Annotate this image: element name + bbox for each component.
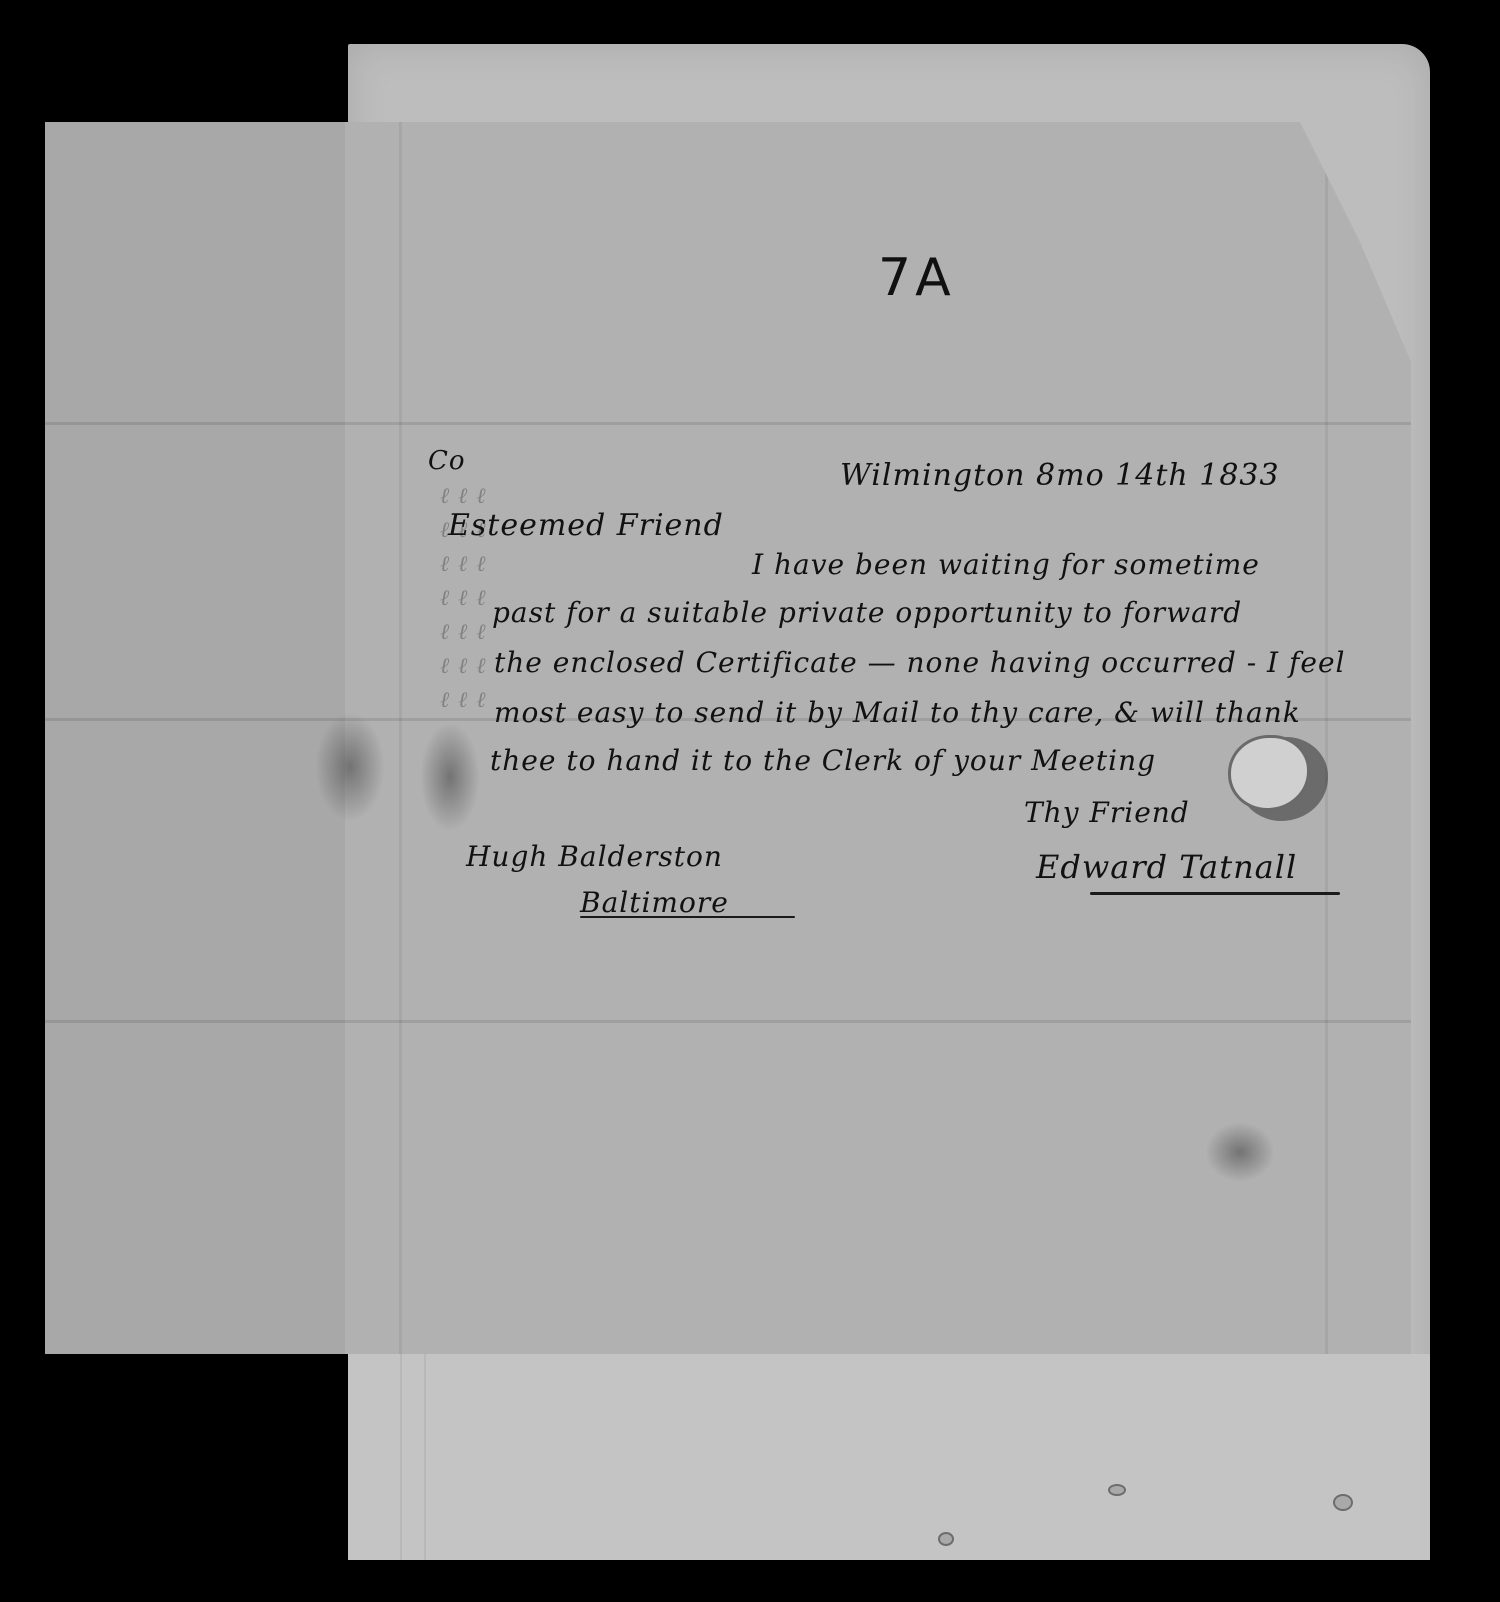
fold-line-vertical — [1325, 122, 1328, 1354]
paper-spot — [1108, 1484, 1126, 1496]
addressee-underline — [580, 916, 795, 918]
salutation: Esteemed Friend — [448, 508, 724, 543]
body-line: thee to hand it to the Clerk of your Mee… — [490, 744, 1156, 777]
addressee-place: Baltimore — [580, 886, 729, 919]
body-line: I have been waiting for sometime — [752, 548, 1260, 581]
body-line: past for a suitable private opportunity … — [492, 596, 1242, 629]
body-line: the enclosed Certificate — none having o… — [494, 646, 1345, 679]
signature-flourish — [1090, 892, 1340, 895]
fold-line-horizontal — [45, 1020, 1411, 1023]
sheet-crease — [424, 1354, 426, 1560]
paper-spot — [938, 1532, 954, 1546]
ink-stain — [420, 722, 480, 832]
sheet-crease — [400, 1354, 402, 1560]
ink-stain — [315, 712, 385, 822]
fold-line-vertical — [399, 122, 402, 1354]
archive-mark: 7A — [878, 248, 955, 308]
dateline: Wilmington 8mo 14th 1833 — [840, 458, 1280, 493]
body-line: most easy to send it by Mail to thy care… — [494, 696, 1301, 729]
lower-sheet-strip — [348, 1354, 1430, 1560]
folded-left-panel — [45, 122, 345, 1354]
addressee-name: Hugh Balderston — [466, 840, 723, 873]
ink-stain — [1205, 1122, 1275, 1182]
margin-annotation: Co — [428, 446, 466, 476]
paper-spot — [1333, 1494, 1353, 1511]
letter-page — [45, 122, 1411, 1354]
signature: Edward Tatnall — [1036, 848, 1297, 886]
closing: Thy Friend — [1024, 796, 1190, 829]
fold-line-horizontal — [45, 422, 1411, 425]
